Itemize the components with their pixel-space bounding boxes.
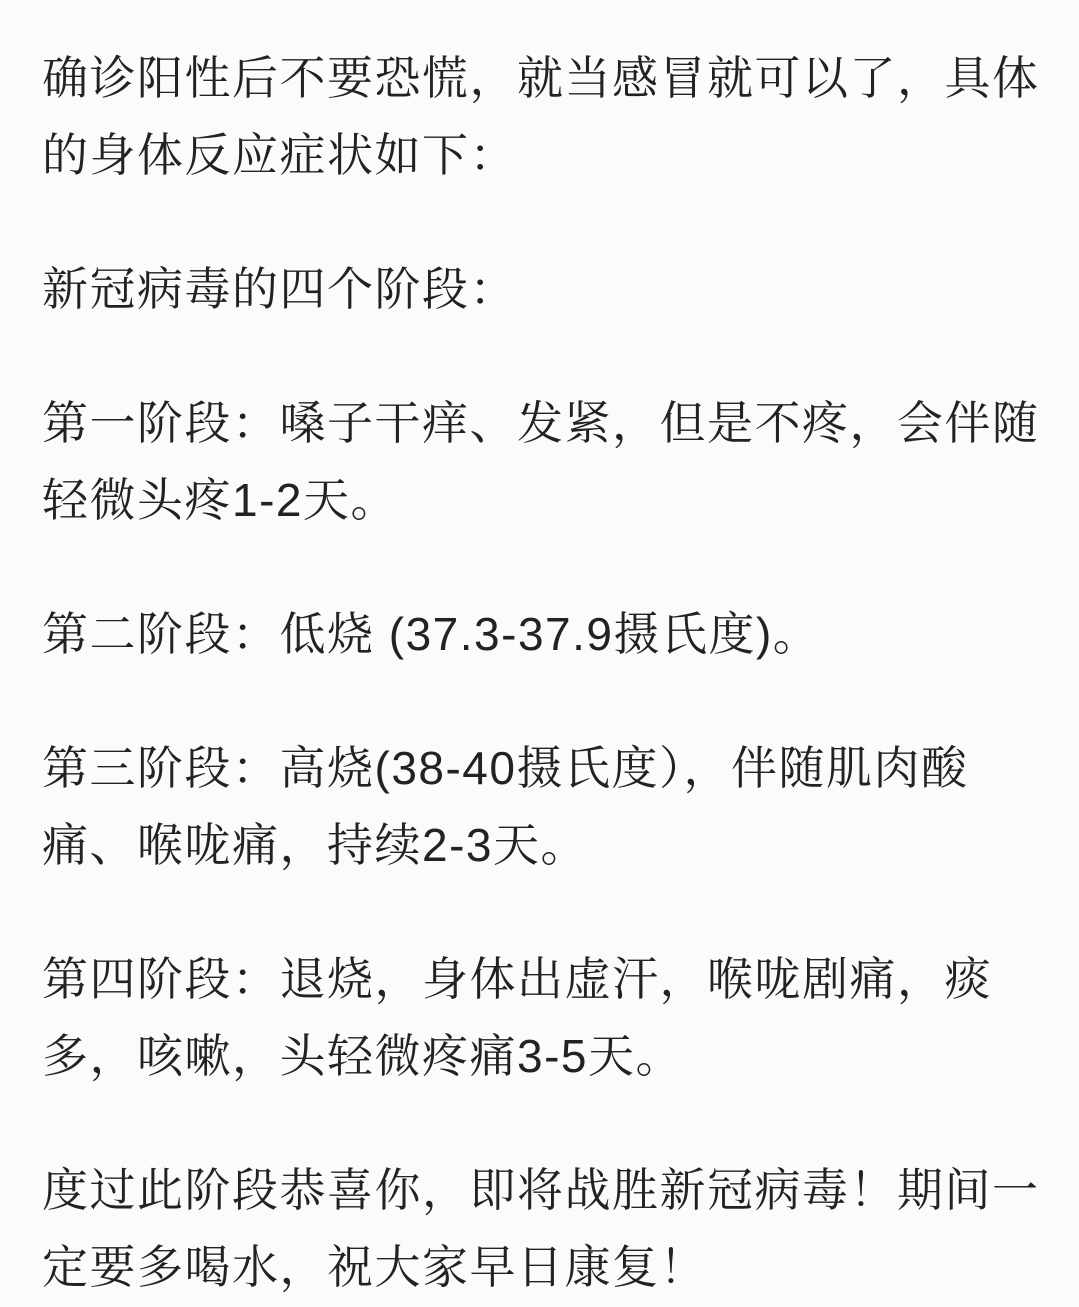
paragraph-stage-4: 第四阶段：退烧，身体出虚汗，喉咙剧痛，痰 多，咳嗽，头轻微疼痛3-5天。: [42, 941, 1049, 1095]
text-line: 度过此阶段恭喜你，即将战胜新冠病毒！期间一: [42, 1152, 1049, 1229]
paragraph-stage-1: 第一阶段：嗓子干痒、发紧，但是不疼，会伴随 轻微头疼1-2天。: [42, 385, 1049, 539]
text-line: 第二阶段：低烧 (37.3-37.9摄氏度)。: [42, 596, 1049, 673]
text-line: 的身体反应症状如下：: [42, 117, 1049, 194]
text-line: 多，咳嗽，头轻微疼痛3-5天。: [42, 1018, 1049, 1095]
paragraph-four-stages-heading: 新冠病毒的四个阶段：: [42, 251, 1049, 328]
text-line: 轻微头疼1-2天。: [42, 462, 1049, 539]
paragraph-stage-2: 第二阶段：低烧 (37.3-37.9摄氏度)。: [42, 596, 1049, 673]
text-line: 痛、喉咙痛，持续2-3天。: [42, 807, 1049, 884]
paragraph-closing: 度过此阶段恭喜你，即将战胜新冠病毒！期间一 定要多喝水，祝大家早日康复！: [42, 1152, 1049, 1306]
text-line: 第三阶段：高烧(38-40摄氏度），伴随肌肉酸: [42, 730, 1049, 807]
paragraph-stage-3: 第三阶段：高烧(38-40摄氏度），伴随肌肉酸 痛、喉咙痛，持续2-3天。: [42, 730, 1049, 884]
text-line: 第四阶段：退烧，身体出虚汗，喉咙剧痛，痰: [42, 941, 1049, 1018]
text-line: 确诊阳性后不要恐慌，就当感冒就可以了，具体: [42, 40, 1049, 117]
text-line: 第一阶段：嗓子干痒、发紧，但是不疼，会伴随: [42, 385, 1049, 462]
article-body: 确诊阳性后不要恐慌，就当感冒就可以了，具体 的身体反应症状如下： 新冠病毒的四个…: [0, 0, 1079, 1306]
paragraph-intro: 确诊阳性后不要恐慌，就当感冒就可以了，具体 的身体反应症状如下：: [42, 40, 1049, 194]
text-line: 新冠病毒的四个阶段：: [42, 251, 1049, 328]
text-line: 定要多喝水，祝大家早日康复！: [42, 1229, 1049, 1306]
